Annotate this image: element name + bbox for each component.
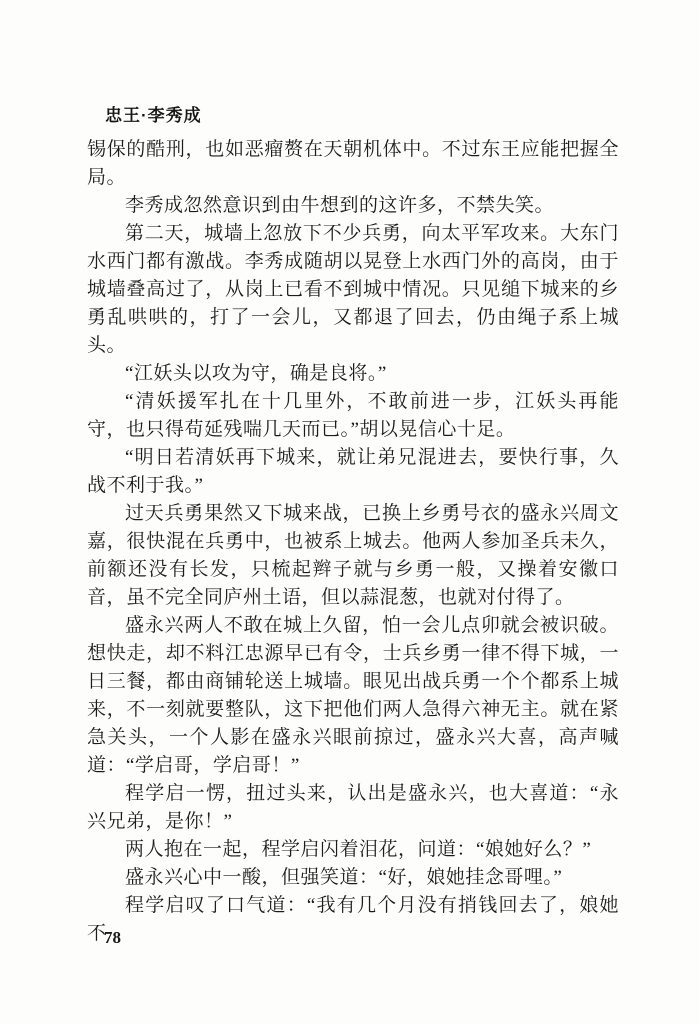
paragraph: 过天兵勇果然又下城来战，已换上乡勇号衣的盛永兴周文嘉，很快混在兵勇中，也被系上城… bbox=[87, 500, 619, 612]
running-header: 忠王·李秀成 bbox=[105, 101, 202, 126]
paragraph: 两人抱在一起，程学启闪着泪花，问道：“娘她好么？” bbox=[87, 836, 619, 864]
paragraph: 程学启一愣，扭过头来，认出是盛永兴，也大喜道：“永兴兄弟，是你！” bbox=[87, 780, 619, 836]
paragraph: 盛永兴心中一酸，但强笑道：“好，娘她挂念哥哩。” bbox=[87, 864, 619, 892]
page-number: 78 bbox=[104, 928, 121, 948]
paragraph: “江妖头以攻为守，确是良将。” bbox=[87, 360, 619, 388]
paragraph: 锡保的酷刑，也如恶瘤赘在天朝机体中。不过东王应能把握全局。 bbox=[87, 136, 619, 192]
book-page: 忠王·李秀成 锡保的酷刑，也如恶瘤赘在天朝机体中。不过东王应能把握全局。 李秀成… bbox=[0, 0, 699, 1024]
paragraph: 程学启叹了口气道：“我有几个月没有捎钱回去了，娘她不 bbox=[87, 892, 619, 948]
paragraph: “清妖援军扎在十几里外，不敢前进一步，江妖头再能守，也只得苟延残喘几天而已。”胡… bbox=[87, 388, 619, 444]
paragraph: 第二天，城墙上忽放下不少兵勇，向太平军攻来。大东门水西门都有激战。李秀成随胡以晃… bbox=[87, 220, 619, 360]
paragraph: 盛永兴两人不敢在城上久留，怕一会儿点卯就会被识破。想快走，却不料江忠源早已有令，… bbox=[87, 612, 619, 780]
paragraph: 李秀成忽然意识到由牛想到的这许多，不禁失笑。 bbox=[87, 192, 619, 220]
paragraph: “明日若清妖再下城来，就让弟兄混进去，要快行事，久战不利于我。” bbox=[87, 444, 619, 500]
text-block: 锡保的酷刑，也如恶瘤赘在天朝机体中。不过东王应能把握全局。 李秀成忽然意识到由牛… bbox=[87, 136, 619, 948]
